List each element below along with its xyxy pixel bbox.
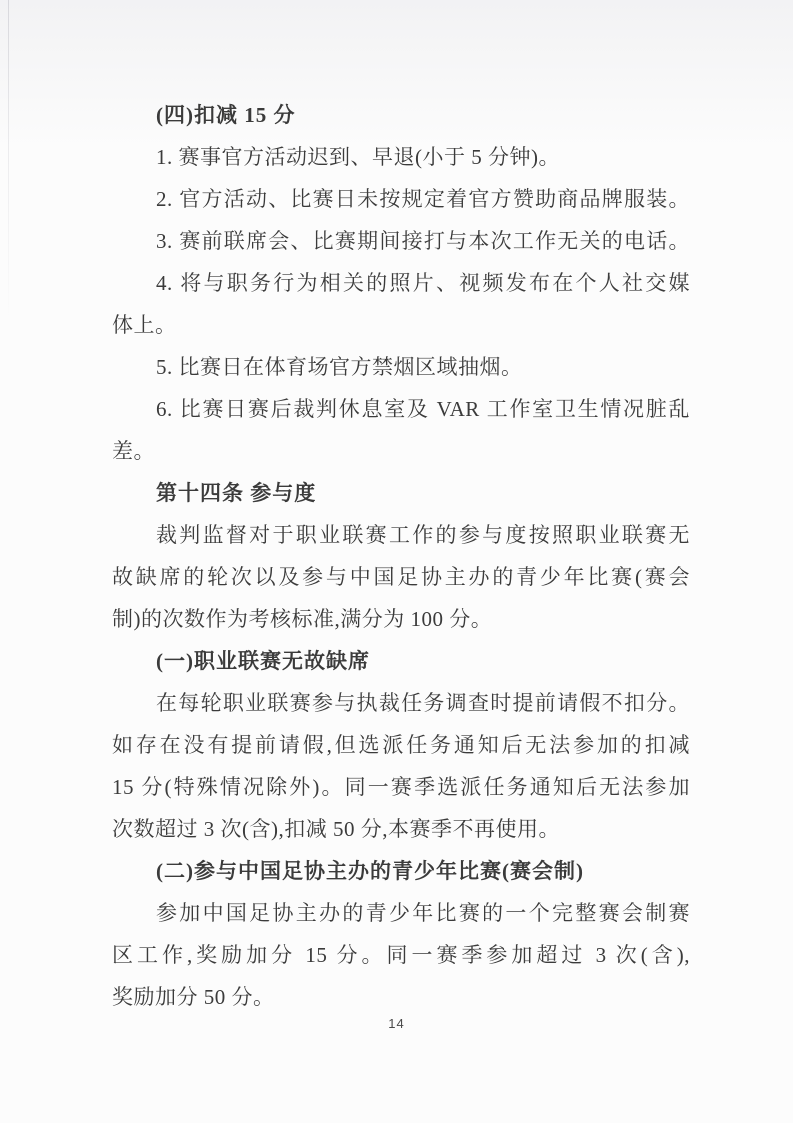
heading-line: (四)扣减 15 分 xyxy=(112,94,690,136)
document-viewport: { "colors": { "paper": "#fcfcfc", "text"… xyxy=(0,0,793,1123)
scan-edge-line xyxy=(8,0,9,320)
heading-line: (一)职业联赛无故缺席 xyxy=(112,640,690,682)
text-line: 差。 xyxy=(112,430,690,472)
heading-line: 第十四条 参与度 xyxy=(112,472,690,514)
text-line: 4. 将与职务行为相关的照片、视频发布在个人社交媒 xyxy=(112,262,690,304)
text-line: 如存在没有提前请假,但选派任务通知后无法参加的扣减 xyxy=(112,724,690,766)
text-line: 参加中国足协主办的青少年比赛的一个完整赛会制赛 xyxy=(112,892,690,934)
heading-line: (二)参与中国足协主办的青少年比赛(赛会制) xyxy=(112,850,690,892)
text-line: 5. 比赛日在体育场官方禁烟区域抽烟。 xyxy=(112,346,690,388)
document-page: (四)扣减 15 分1. 赛事官方活动迟到、早退(小于 5 分钟)。2. 官方活… xyxy=(0,0,793,1123)
text-line: 2. 官方活动、比赛日未按规定着官方赞助商品牌服装。 xyxy=(112,178,690,220)
document-body: (四)扣减 15 分1. 赛事官方活动迟到、早退(小于 5 分钟)。2. 官方活… xyxy=(112,94,690,1018)
text-line: 奖励加分 50 分。 xyxy=(112,976,690,1018)
text-line: 制)的次数作为考核标准,满分为 100 分。 xyxy=(112,598,690,640)
text-line: 在每轮职业联赛参与执裁任务调查时提前请假不扣分。 xyxy=(112,682,690,724)
text-line: 6. 比赛日赛后裁判休息室及 VAR 工作室卫生情况脏乱 xyxy=(112,388,690,430)
text-line: 区工作,奖励加分 15 分。同一赛季参加超过 3 次(含), xyxy=(112,934,690,976)
text-line: 裁判监督对于职业联赛工作的参与度按照职业联赛无 xyxy=(112,514,690,556)
text-line: 故缺席的轮次以及参与中国足协主办的青少年比赛(赛会 xyxy=(112,556,690,598)
text-line: 1. 赛事官方活动迟到、早退(小于 5 分钟)。 xyxy=(112,136,690,178)
text-line: 3. 赛前联席会、比赛期间接打与本次工作无关的电话。 xyxy=(112,220,690,262)
text-line: 15 分(特殊情况除外)。同一赛季选派任务通知后无法参加 xyxy=(112,766,690,808)
text-line: 次数超过 3 次(含),扣减 50 分,本赛季不再使用。 xyxy=(112,808,690,850)
page-number: 14 xyxy=(0,1016,793,1031)
text-line: 体上。 xyxy=(112,304,690,346)
